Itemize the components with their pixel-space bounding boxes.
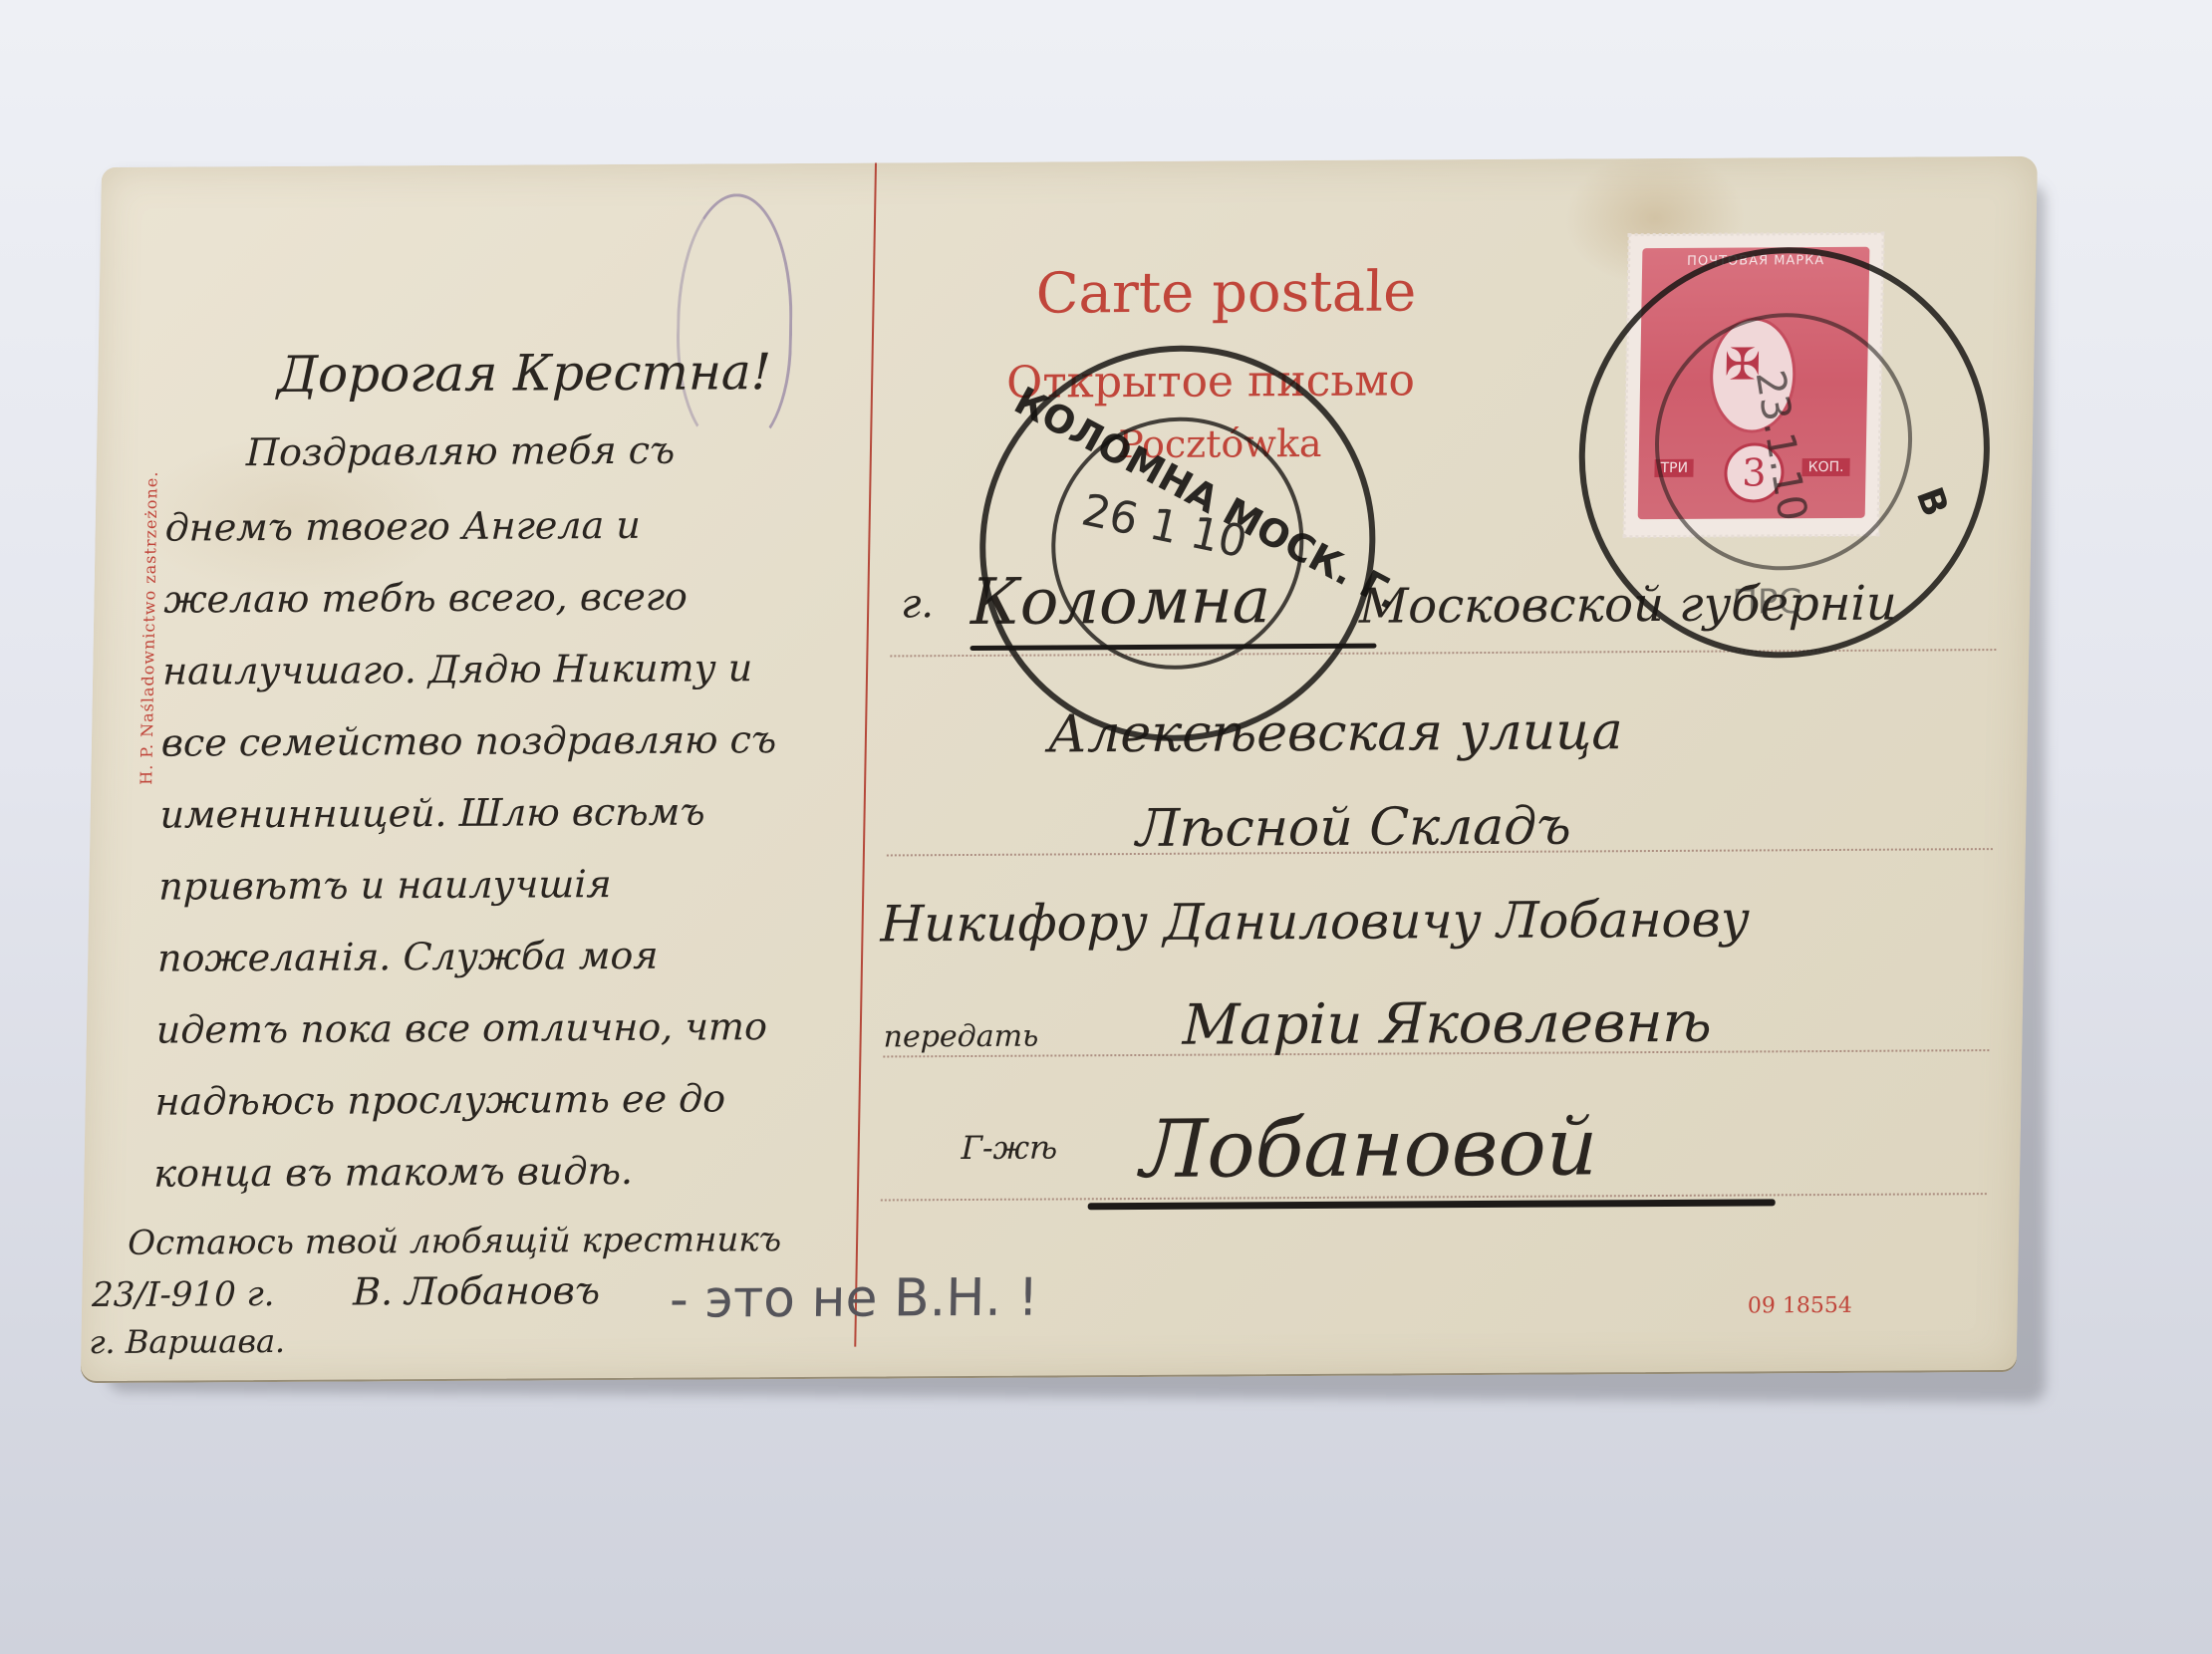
message-line: Дорогая Крестна! <box>277 343 771 404</box>
surname-underline <box>1088 1199 1776 1210</box>
address-surname: Лобановой <box>1140 1100 1598 1196</box>
postmark-kolomna: КОЛОМНА МОСК. Г. 26 1 10 <box>976 345 1379 742</box>
postmark-bottom-text: ПРС <box>1732 582 1802 622</box>
address-line-4 <box>881 1193 1987 1201</box>
address-city-prefix: г. <box>901 581 935 627</box>
message-line: наилучшаго. Дядю Никиту и <box>162 646 753 692</box>
handwritten-message: Дорогая Крестна! Поздравляю тебя съ днем… <box>102 156 2038 167</box>
message-line: все семейство поздравляю съ <box>161 717 777 765</box>
postcard: Carte postale Открытое письмо Pocztówka … <box>81 156 2038 1383</box>
message-line: Поздравляю тебя съ <box>246 428 676 474</box>
message-line: конца въ такомъ видѣ. <box>153 1149 634 1196</box>
serial-number: 09 18554 <box>1748 1293 1852 1319</box>
message-line: желаю тебѣ всего, всего <box>163 575 688 622</box>
message-line: именинницей. Шлю всѣмъ <box>159 790 705 837</box>
message-line: Остаюсь твой любящiй крестникъ <box>128 1220 782 1263</box>
message-line: привѣтъ и наилучшiя <box>158 862 612 909</box>
message-line: днемъ твоего Ангела и <box>164 503 641 550</box>
printer-note: H. P. Naśladownictwo zastrzeżone. <box>137 471 161 785</box>
postmark-ring-text: В <box>1908 482 1956 522</box>
message-line: надѣюсь прослужить ее до <box>154 1076 725 1123</box>
message-date: 23/I-910 г. <box>92 1274 275 1315</box>
address-forward-to: Марiи Яковлевнѣ <box>1182 990 1712 1058</box>
address-place: Лѣсной Складъ <box>1136 797 1572 860</box>
message-line: пожеланiя. Служба моя <box>157 934 659 980</box>
printed-divider-line <box>854 163 877 1347</box>
message-signature: В. Лобановъ <box>353 1268 601 1313</box>
handwritten-address: г. Коломна Московской губернiи Алексѣевс… <box>102 156 2038 167</box>
pencil-annotation: - это не В.Н. ! <box>670 1268 1039 1330</box>
address-addressee: Никифору Даниловичу Лобанову <box>880 890 1750 953</box>
address-forward-label: передать <box>883 1019 1038 1055</box>
pencil-mark-nine <box>675 193 794 449</box>
message-line: идетъ пока все отлично, что <box>155 1004 767 1052</box>
message-place: г. Варшава. <box>89 1322 286 1361</box>
address-title-abbrev: Г-жѣ <box>961 1128 1057 1167</box>
printed-title-french: Carte postale <box>1035 259 1417 326</box>
